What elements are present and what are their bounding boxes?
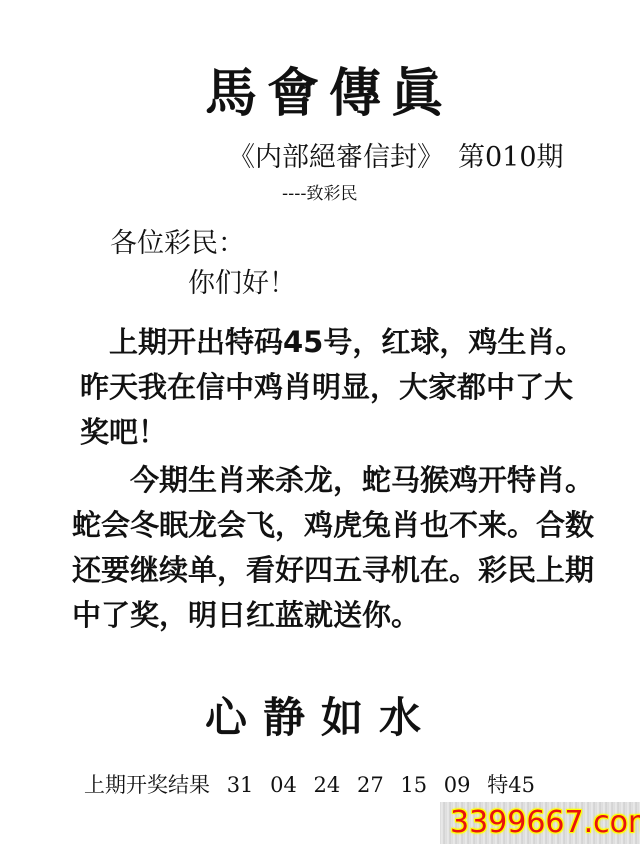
result-number: 15	[400, 773, 427, 797]
draw-result: 上期开奖结果 31 04 24 27 15 09 特45	[84, 768, 535, 802]
paragraph-line: 今期生肖来杀龙，蛇马猴鸡开特肖。	[72, 458, 602, 503]
result-number: 24	[314, 773, 341, 797]
special-number: 特45	[487, 773, 535, 797]
site-watermark: 3399667.com	[440, 802, 640, 844]
page-title: 馬會傳眞	[205, 62, 453, 126]
result-number: 09	[444, 773, 471, 797]
paragraph-line: 奖吧！	[80, 410, 600, 455]
greeting: 各位彩民：	[110, 224, 245, 264]
result-number: 04	[270, 773, 297, 797]
paragraph-line: 中了奖，明日红蓝就送你。	[72, 593, 602, 638]
watermark-text: 3399667.com	[450, 805, 640, 841]
result-number: 31	[227, 773, 254, 797]
issue-number: 第010期	[458, 142, 564, 173]
paragraph-2: 今期生肖来杀龙，蛇马猴鸡开特肖。 蛇会冬眠龙会飞，鸡虎兔肖也不来。合数 还要继续…	[72, 458, 602, 638]
subtitle: 《内部絕審信封》第010期	[228, 138, 564, 178]
result-label: 上期开奖结果	[84, 773, 210, 797]
hello-line: 你们好！	[188, 264, 296, 304]
paragraph-line: 昨天我在信中鸡肖明显，大家都中了大	[80, 365, 600, 410]
result-number: 27	[357, 773, 384, 797]
addressee-line: ----致彩民	[282, 181, 358, 207]
motto: 心静如水	[205, 690, 437, 746]
paragraph-1: 上期开出特码45号，红球，鸡生肖。 昨天我在信中鸡肖明显，大家都中了大 奖吧！	[80, 320, 600, 455]
subtitle-label: 《内部絕審信封》	[228, 142, 444, 173]
paragraph-line: 蛇会冬眠龙会飞，鸡虎兔肖也不来。合数	[72, 503, 602, 548]
paragraph-line: 还要继续单，看好四五寻机在。彩民上期	[72, 548, 602, 593]
paragraph-line: 上期开出特码45号，红球，鸡生肖。	[80, 320, 600, 365]
